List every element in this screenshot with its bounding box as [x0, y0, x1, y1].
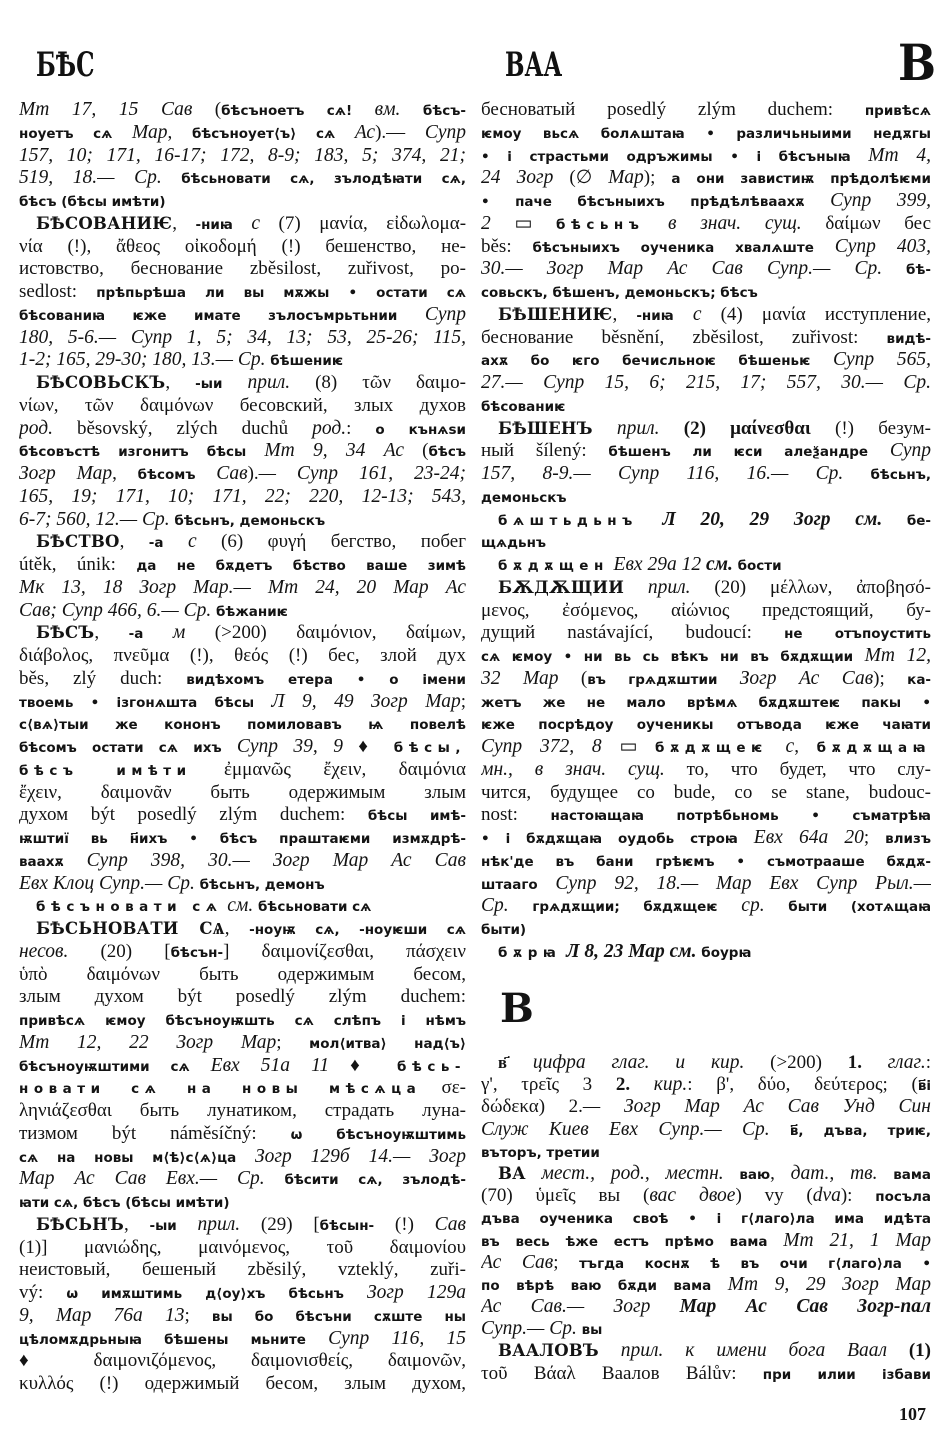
siglum-text: 30.— Зогр Мар Ас Сав Супр.— Ср. [481, 258, 882, 279]
ocs-text: бѣсьнъ, демонъ [200, 877, 325, 893]
ocs-text: бѣсьновати сѧ, зълодѣꙗти сѧ, [181, 171, 466, 187]
gloss-text: (∅ [553, 167, 608, 188]
dictionary-line: въторъ, третии [481, 1141, 931, 1163]
ocs-spaced-text: бѧштьдьнъ [498, 513, 638, 529]
gloss-text: ); [873, 668, 907, 689]
dictionary-line: по вѣрѣ ваю бѫди вама Мт 9, 29 Зогр Мар [481, 1274, 931, 1296]
gloss-text [878, 1163, 894, 1184]
dictionary-line: БѢСОВАНИѤ, -ниꙗ с (7) μανία, εἰδωλομα- [19, 213, 466, 236]
dictionary-line: сѧ на новы м⟨ѣ⟩с⟨ѧ⟩ца Зогр 129б 14.— Зог… [19, 1146, 466, 1169]
siglum-text: Зогр 129а [367, 1282, 466, 1303]
page-number: 107 [876, 1404, 926, 1424]
ocs-text: видѣ- [887, 331, 931, 347]
gloss-text [593, 418, 617, 439]
dictionary-line: • паче бѣсъныихъ прѣдѣлѣваахѫ Супр 399, [481, 190, 931, 213]
siglum-text: кир. [654, 1074, 688, 1095]
dictionary-line: нѣк'де въ бани грѣѥмъ • съмотрааше бѫдѫ- [481, 850, 931, 873]
dictionary-line: ♦ δαιμονιζόμενος, δαιμονισθείς, δαιμονῶν… [19, 1350, 466, 1373]
ocs-spaced-text: бѫдѫщен [498, 558, 609, 574]
siglum-text: с [786, 736, 795, 757]
siglum-text: — Супр 161, 23-24; [259, 463, 466, 484]
gloss-text: ; [185, 1305, 212, 1326]
gloss-text: , [770, 1163, 790, 1184]
dictionary-line: ꙗти сѧ, бѣсъ (бѣсы имѣти) [19, 1191, 466, 1214]
siglum-text: прил. [247, 372, 290, 393]
ocs-text: ꙗти сѧ, бѣсъ (бѣсы имѣти) [19, 1195, 230, 1211]
dictionary-line: τοῦ Βάαλ Ваалов Bálův: при илии ізбави [481, 1363, 931, 1385]
dictionary-line: vý: ѡ имѫштимь д⟨оу⟩хъ бѣсьнъ Зогр 129а [19, 1282, 466, 1305]
gloss-text: (!) [374, 1214, 435, 1235]
ocs-text: быти) [481, 922, 526, 938]
gloss-text: διάβολος, πνεῦμα (!), θεός (!) бес, злой… [19, 645, 466, 666]
gloss-text: ный šílený: [481, 440, 608, 461]
gloss-text: σε- [421, 1077, 466, 1098]
ocs-spaced-text: новати сѧ на новы мѣсѧца [19, 1081, 421, 1097]
gloss-text: , [168, 122, 192, 143]
dictionary-line: бѣсомъ остати сѧ ихъ Супр 39, 9 ♦ бѣсы, [19, 736, 466, 759]
dictionary-line: Мар Ас Сав Евх.— Ср. бѣсити сѧ, зълодѣ- [19, 1168, 466, 1191]
ocs-text: боурꙗ [701, 945, 751, 961]
dictionary-line: бѫрꙗ Л 8, 23 Мар см. боурꙗ [481, 941, 931, 964]
ocs-text: бѣсьновати сѧ [258, 899, 371, 915]
siglum-text: 157, 10; 171, 16-17; 172, 8-9; 183, 5; 3… [19, 145, 466, 166]
gloss-text: ] δαιμονίζεσθαι, πάσχειν [223, 941, 466, 962]
siglum-text: род. [312, 418, 346, 439]
dictionary-line: беснование běsnění, zběsilost, zuřivost:… [481, 327, 931, 350]
ocs-text: въ весь ѣже естъ прѣмо вама [481, 1234, 783, 1250]
dictionary-line: • і страстьми одръжимы • і бѣсъныꙗ Мт 4, [481, 145, 931, 168]
gloss-text: , [124, 1214, 150, 1235]
gloss-text: ♦ [343, 736, 394, 757]
gloss-text: ; [864, 827, 885, 848]
dictionary-line: неистовый, бешеный zběsilý, vzteklý, zuř… [19, 1259, 466, 1282]
ocs-text: да не бѫдетъ бѣство ваше зимѣ [136, 558, 466, 574]
gloss-text: ( [558, 668, 587, 689]
dictionary-line: БѢШЕНЪ прил. (2) μαίνεσθαι (!) безум- [481, 418, 931, 441]
right-column-section-v: в҃ цифра глаг. и кир. (>200) 1. глаг.:γ'… [481, 1052, 931, 1385]
dictionary-line: μενος, ἐσόμενος, αἰώνιος предстоящий, бу… [481, 600, 931, 623]
dictionary-line: ный šílený: бѣшенъ ли ѥси алеѯандре Супр [481, 440, 931, 463]
dictionary-line: бѣсъ имѣти ἐμμανῶς ἔχειν, δαιμόνια [19, 759, 466, 782]
ocs-text: бѣсованиѥ [481, 399, 565, 415]
ocs-text: бости [738, 558, 782, 574]
siglum-text: Супр 403, [835, 236, 931, 257]
dictionary-line: 519, 18.— Ср. бѣсьновати сѧ, зълодѣꙗти с… [19, 167, 466, 190]
gloss-text: (20) μέλλων, ἀποβησό- [691, 577, 931, 598]
gloss-text: ; [461, 691, 466, 712]
dictionary-line: БѪДѪЩИИ прил. (20) μέλλων, ἀποβησό- [481, 577, 931, 600]
dictionary-line: бѣсовъстѣ изгонитъ бѣсы Мт 9, 34 Ас (бѣс… [19, 440, 466, 463]
gloss-text: ♦ [329, 1055, 397, 1076]
ocs-text: демоньскъ [481, 490, 567, 506]
gloss-text: běsovský, zlých duchů [53, 418, 312, 439]
gloss-text [765, 895, 789, 916]
headword: БѢСТВО [36, 532, 120, 551]
ocs-text: вы бо бѣсъни сѫште ны [212, 1309, 466, 1325]
siglum-text: мест., род., местн. [541, 1163, 723, 1184]
siglum-text: Евх 51а 11 [211, 1055, 330, 1076]
ocs-text: твоемь • ізгонѧшта бѣсы [19, 695, 271, 711]
gloss-text [233, 213, 252, 234]
right-column: бесноватый posedlý zlým duchem: привѣсѧѥ… [481, 99, 931, 964]
gloss-text [507, 1052, 533, 1073]
dictionary-line: несов. (20) [бѣсън-] δαιμονίζεσθαι, πάσχ… [19, 941, 466, 964]
siglum-text: Супр 92, 18.— Мар Евх Супр Рыл.— [555, 873, 931, 894]
gloss-text: νία (!), ἄθεος οἰκοδομή (!) бешенство, н… [19, 236, 466, 257]
dictionary-line: sedlost: прѣпьрѣша ли вы мѫжы • остати с… [19, 281, 466, 304]
ocs-text: ѡ имѫштимь д⟨оу⟩хъ бѣсьнъ [66, 1286, 367, 1302]
dictionary-line: ахѫ бо ѥго бечисльноѥ бѣшеньѥ Супр 565, [481, 349, 931, 372]
siglum-text: Супр 565, [833, 349, 931, 370]
ocs-text: -ыи [195, 376, 222, 392]
dictionary-line: совьскъ, бѣшенъ, демоньскъ; бѣсъ [481, 281, 931, 304]
gloss-text: , [120, 531, 149, 552]
siglum-text: Мт 12, 22 Зогр Мар [19, 1032, 276, 1053]
siglum-text: 24 Зогр [481, 167, 553, 188]
ocs-text: -ниꙗ [636, 308, 673, 324]
headword: БѢСОВАНИѤ [36, 214, 172, 233]
gloss-text: , [794, 736, 816, 757]
dictionary-line: ВА мест., род., местн. ваю, дат., тв. ва… [481, 1163, 931, 1185]
ocs-text: щѧдьнъ [481, 535, 546, 551]
siglum-text: Супр.— Ср. [481, 1318, 577, 1339]
headword: в҃ [498, 1053, 507, 1072]
bold-text: 2. [616, 1074, 630, 1095]
bold-siglum-text: Мар Ас Сав Зогр-пал [680, 1296, 931, 1317]
siglum-text: Супр [425, 304, 466, 325]
bold-siglum-text: Л 20, 29 Зогр см. [662, 509, 882, 530]
bold-siglum-text: см. [706, 554, 733, 575]
dictionary-line: в҃ цифра глаг. и кир. (>200) 1. глаг.: [481, 1052, 931, 1074]
dictionary-line: ѭштиї вь н҃ихъ • бѣсъ праштаѥми измѫдрѣ- [19, 827, 466, 850]
siglum-text: Супр 372, 8 [481, 736, 602, 757]
ocs-text: прѣпьрѣша ли вы мѫжы • остати сѧ [96, 285, 466, 301]
siglum-text: 519, 18.— Ср. [19, 167, 162, 188]
ocs-text: бѣсъноует⟨ъ⟩ сѧ [192, 126, 355, 142]
dictionary-line: 165, 19; 171, 10; 171, 22; 220, 12-13; 5… [19, 486, 466, 509]
gloss-text: , [612, 304, 636, 325]
gloss-text: ; [553, 1252, 579, 1273]
siglum-text: прил. [648, 577, 691, 598]
ocs-text: бѣсованиꙗ ѥже имате зълосъмрьтьнии [19, 308, 425, 324]
dictionary-line: 1-2; 165, 29-30; 180, 13.— Ср. бѣшениѥ [19, 349, 466, 372]
dictionary-line: ὑπὸ δαιμόνων быть одержимым бесом, [19, 964, 466, 987]
ocs-text: бѣсомъ [138, 467, 217, 483]
gloss-text: тизмом být náměsíčný: [19, 1123, 291, 1144]
ocs-text: настоꙗщаꙗ потрѣбьномь • съматрѣꙗ [551, 808, 931, 824]
ocs-text: бѣсъноетъ сѧ! [221, 103, 352, 119]
dictionary-line: бѣсованиꙗ ѥже имате зълосъмрьтьнии Супр [19, 304, 466, 327]
dictionary-line: běs, zlý duch: видѣхомъ етера • о імени [19, 668, 466, 691]
gloss-text: ἔχειν, δαιμονᾶν быть одержимым злым [19, 782, 466, 803]
gloss-text [177, 1214, 198, 1235]
ocs-text: -ноуѭ сѧ, -ноуѥши сѧ [249, 922, 466, 938]
siglum-text: Ас Сав.— Зогр [481, 1296, 680, 1317]
left-column: Мт 17, 15 Сав (бѣсъноетъ сѧ! вм. бѣсъ-но… [19, 99, 466, 1396]
gloss-text: ( [192, 99, 221, 120]
siglum-text: 9, Мар 76а 13 [19, 1305, 185, 1326]
gloss-text: δώδεκα) 2. [481, 1096, 583, 1117]
ocs-text: бѣсовъстѣ изгонитъ бѣсы [19, 444, 264, 460]
ocs-text: по вѣрѣ ваю бѫди вама [481, 1278, 728, 1294]
siglum-text: Мар Ас Сав Евх.— Ср. [19, 1168, 265, 1189]
ocs-text: бѣсъныихъ оученика хвалѧште [533, 240, 835, 256]
dictionary-line: Супр 372, 8 ▭ бѫдѫщеѥ с, бѫдѫщаꙗ [481, 736, 931, 759]
siglum-text: Евх 64а 20 [754, 827, 864, 848]
dictionary-line: Супр.— Ср. вы [481, 1318, 931, 1340]
gloss-text: νίων, τῶν δαιμόνων бесовский, злых духов [19, 395, 466, 416]
siglum-text: с [251, 213, 260, 234]
siglum-text: вм. [375, 99, 401, 120]
siglum-text: дат., тв. [791, 1163, 878, 1184]
ocs-text: совьскъ, бѣшенъ, демоньскъ; бѣсъ [481, 285, 758, 301]
siglum-text: Служ Киев Евх Супр.— Ср. [481, 1119, 770, 1140]
gloss-text [222, 372, 247, 393]
dictionary-line: БѢШЕНИѤ, -ниꙗ с (4) μανία исступление, [481, 304, 931, 327]
bold-text: (2) μαίνεσθαι [660, 418, 811, 439]
gloss-text: vý: [19, 1282, 66, 1303]
running-head-section-letter: В [898, 38, 936, 88]
dictionary-line: БѢСЬНОВАТИ СѦ, -ноуѭ сѧ, -ноуѥши сѧ [19, 918, 466, 941]
gloss-text: γ', τρεῖς 3 [481, 1074, 616, 1095]
ocs-text: в҃, дъва, триѥ, [790, 1123, 931, 1139]
gloss-text: (>200) δαιμόνιον, δαίμων, [185, 622, 466, 643]
gloss-text [162, 167, 182, 188]
siglum-text: 1-2; 165, 29-30; 180, 13.— Ср. [19, 349, 265, 370]
dictionary-line: 180, 5-6.— Супр 1, 5; 34, 13; 53, 25-26;… [19, 327, 466, 350]
dictionary-line: род. běsovský, zlých duchů род.: о кънѧѕ… [19, 418, 466, 441]
siglum-text: Зогр Мар [19, 463, 112, 484]
ocs-text: бѣсън- [171, 945, 223, 961]
gloss-text [638, 509, 663, 530]
gloss-text: ). [248, 463, 259, 484]
dictionary-line: ἔχειν, δαιμονᾶν быть одержимым злым [19, 782, 466, 805]
ocs-text: -а [129, 626, 144, 642]
ocs-text: бе- [907, 513, 931, 529]
dictionary-line: злым духом být posedlý zlým duchem: [19, 986, 466, 1009]
gloss-text [674, 304, 693, 325]
ocs-text: привѣсѧ ѥмоу бѣсъноуѭшть сѧ слѣпъ і нѣмъ [19, 1013, 466, 1029]
ocs-text: ноуетъ сѧ [19, 126, 132, 142]
gloss-text: (70) ὑμεῖς вы ( [481, 1185, 649, 1206]
siglum-text: Супр 116, 15 [328, 1328, 466, 1349]
ocs-text: видѣхомъ етера • о імени [186, 672, 466, 688]
siglum-text: Супр 398, 30.— Зогр Мар Ас Сав [87, 850, 466, 871]
ocs-text: при илии ізбави [763, 1367, 931, 1383]
headword: БѢСЪ [36, 623, 94, 642]
siglum-text: Зогр Ас Сав [740, 668, 873, 689]
dictionary-line: щѧдьнъ [481, 531, 931, 554]
ocs-text: бѣсьнъ, [871, 467, 932, 483]
siglum-text: Сав [435, 1214, 466, 1235]
dictionary-line: 2 ▭ бѣсьнъ в знач. сущ. δαίμων бес [481, 213, 931, 236]
dictionary-line: штааго Супр 92, 18.— Мар Евх Супр Рыл.— [481, 873, 931, 896]
gloss-text: ( [404, 440, 429, 461]
ocs-text: ахѫ бо ѥго бечисльноѥ бѣшеньѥ [481, 353, 833, 369]
dictionary-line: útěk, únik: да не бѫдетъ бѣство ваше зим… [19, 554, 466, 577]
siglum-text: ср. [741, 895, 764, 916]
gloss-text [265, 1168, 285, 1189]
ocs-text: жетъ же не мало врѣмѧ бѫдѫштеѥ пакы • [481, 695, 931, 711]
ocs-text: бѣшенъ ли ѥси алеѯандре [608, 444, 889, 460]
siglum-text: Евх Клоц Супр.— Ср. [19, 873, 195, 894]
ocs-text: -а [149, 535, 164, 551]
ocs-spaced-text: бѣсьнъ [556, 217, 644, 233]
dictionary-line: κυλλός (!) одержимый бесом, злым духом, [19, 1373, 466, 1396]
ocs-text: сѧ ѥмоу • ни вь сь вѣкъ ни въ бѫдѫщии [481, 649, 865, 665]
ocs-text: с⟨вѧ⟩тыи же кононъ помиловавъ ѩ повелѣ [19, 717, 466, 733]
gloss-text: τοῦ Βάαλ Ваалов Bálův: [481, 1363, 763, 1384]
ocs-text: посъла [875, 1189, 931, 1205]
ocs-text: бѣсы имѣ- [368, 808, 466, 824]
gloss-text: духом být posedlý zlým duchem: [19, 804, 368, 825]
gloss-text: , [112, 463, 138, 484]
ocs-text: • і страстьми одръжимы • і бѣсъныꙗ [481, 149, 868, 165]
gloss-text: ; [276, 1032, 309, 1053]
dictionary-line: бѣсъноуѭштими сѧ Евх 51а 11 ♦ бѣсь- [19, 1055, 466, 1078]
headword: ВА [498, 1164, 526, 1183]
gloss-text: чится, будущее co bude, co se stane, bud… [481, 782, 931, 803]
siglum-text: прил. [617, 418, 660, 439]
dictionary-line: бѧштьдьнъ Л 20, 29 Зогр см. бе- [481, 509, 931, 532]
gloss-text: (1)] μανιώδης, μαινόμενος, τοῦ δαιμονίου [19, 1237, 466, 1258]
dictionary-line: Мт 17, 15 Сав (бѣсъноетъ сѧ! вм. бѣсъ- [19, 99, 466, 122]
gloss-text [644, 213, 668, 234]
dictionary-line: бѣсъ (бѣсы имѣти) [19, 190, 466, 213]
gloss-text: то, что будет, что слу- [665, 759, 931, 780]
dictionary-line: ѥмоу вьсѧ болѧштаꙗ • различьныими недѫгы [481, 122, 931, 145]
dictionary-line: въ весь ѣже естъ прѣмо вама Мт 21, 1 Мар [481, 1230, 931, 1252]
siglum-text: 2 [481, 213, 491, 234]
ocs-spaced-text: бѫрꙗ [498, 945, 561, 961]
headword: БѢШЕНИѤ [498, 305, 612, 324]
gloss-text: ): [841, 1185, 875, 1206]
siglum-text: 6-7; 560, 12.— Ср. [19, 509, 170, 530]
gloss-text [599, 1340, 621, 1361]
siglum-text: глаг. [888, 1052, 926, 1073]
dictionary-line: 27.— Супр 15, 6; 215, 17; 557, 30.— Ср. [481, 372, 931, 395]
headword: БѢСОВЬСКЪ [36, 373, 165, 392]
ocs-spaced-text: бѣсы, [394, 740, 466, 756]
dictionary-line: привѣсѧ ѥмоу бѣсъноуѭшть сѧ слѣпъ і нѣмъ [19, 1009, 466, 1032]
dictionary-line: БѢСЬНЪ, -ыи прил. (29) [бѣсын- (!) Сав [19, 1214, 466, 1237]
siglum-text: Л 9, 49 Зогр Мар [271, 691, 460, 712]
ocs-text: вы [582, 1322, 603, 1338]
gloss-text: κυλλός (!) одержимый бесом, злым духом, [19, 1373, 466, 1394]
headword: БѢСЬНОВАТИ СѦ [36, 919, 225, 938]
gloss-text [843, 463, 870, 484]
dictionary-line: бѣсованиѥ [481, 395, 931, 418]
siglum-text: Ас [355, 122, 375, 143]
dictionary-line: nost: настоꙗщаꙗ потрѣбьномь • съматрѣꙗ [481, 804, 931, 827]
gloss-text: истовство, беснование zběsilost, zuřivos… [19, 258, 466, 279]
gloss-text [724, 1163, 740, 1184]
ocs-text: ѥже посрѣдоу оученикы отъвода ѥже чаꙗти [481, 717, 931, 733]
dictionary-line: γ', τρεῖς 3 2. кир.: β', δύο, δεύτερος; … [481, 1074, 931, 1096]
siglum-text: Сав; Супр 466, 6.— Ср. [19, 600, 211, 621]
siglum-text: род. [19, 418, 53, 439]
dictionary-line: νίων, τῶν δαιμόνων бесовский, злых духов [19, 395, 466, 418]
dictionary-line: ληνιάζεσθαι быть лунатиком, страдать лун… [19, 1100, 466, 1123]
ocs-text: ваю [739, 1167, 770, 1183]
siglum-text: Мт 9, 34 Ас [264, 440, 404, 461]
dictionary-line: чится, будущее co bude, co se stane, bud… [481, 782, 931, 805]
dictionary-line: дъва оученика своѣ • і г⟨лаго⟩ла има идѣ… [481, 1207, 931, 1229]
gloss-text: злым духом být posedlý zlým duchem: [19, 986, 466, 1007]
dictionary-line: бесноватый posedlý zlým duchem: привѣсѧ [481, 99, 931, 122]
ocs-text: ѥмоу вьсѧ болѧштаꙗ • различьныими недѫгы [481, 126, 931, 142]
ocs-text: • і бѫдѫщаꙗ оудобь строꙗ [481, 831, 754, 847]
gloss-text: ἐμμανῶς ἔχειν, δαιμόνια [192, 759, 466, 780]
dictionary-line: новати сѧ на новы мѣсѧца σε- [19, 1077, 466, 1100]
ocs-text: ваахѫ [19, 854, 87, 870]
gloss-text: (>200) [744, 1052, 847, 1073]
headword: БѢШЕНЪ [498, 419, 593, 438]
gloss-text: : β', δύο, δεύτερος; ( [687, 1074, 918, 1095]
gloss-text: (!) безум- [811, 418, 931, 439]
dictionary-line: νία (!), ἄθεος οἰκοδομή (!) бешенство, н… [19, 236, 466, 259]
gloss-text [630, 1074, 654, 1095]
ocs-text: о кънѧѕи [375, 422, 466, 438]
dictionary-line: Ас Сав; тъгда коснѫ ѣ въ очи г⟨лаго⟩ла • [481, 1252, 931, 1274]
dictionary-line: бѫдѫщен Евх 29а 12 см. бости [481, 554, 931, 577]
siglum-text: Зогр 129б 14.— Зогр [255, 1146, 466, 1167]
gloss-text: ♦ δαιμονιζόμενος, δαιμονισθείς, δαιμονῶν… [19, 1350, 466, 1371]
ocs-spaced-text: бѣсъ имѣти [19, 763, 192, 779]
ocs-text: -ыи [149, 1218, 176, 1234]
dictionary-line: ноуетъ сѧ Мар, бѣсъноует⟨ъ⟩ сѧ Ас).— Суп… [19, 122, 466, 145]
ocs-text: въ грѧдѫштии [587, 672, 740, 688]
gloss-text: sedlost: [19, 281, 96, 302]
dictionary-line: тизмом být náměsíčný: ѡ бѣсъноуѭштимь [19, 1123, 466, 1146]
ocs-text: бѣсъ [428, 444, 466, 460]
ocs-text: привѣсѧ [865, 103, 931, 119]
siglum-text: Мт 4, [868, 145, 931, 166]
gloss-text: (29) [ [240, 1214, 320, 1235]
dictionary-line: ѥже посрѣдоу оученикы отъвода ѥже чаꙗти [481, 713, 931, 736]
gloss-text [862, 1052, 888, 1073]
gloss-text: (20) [ [68, 941, 170, 962]
gloss-text: беснование běsnění, zběsilost, zuřivost: [481, 327, 887, 348]
ocs-text: нѣк'де въ бани грѣѥмъ • съмотрааше бѫдѫ- [481, 854, 931, 870]
ocs-text: бѣсын- [320, 1218, 375, 1234]
gloss-text [352, 99, 374, 120]
dictionary-line: 6-7; 560, 12.— Ср. бѣсьнъ, демоньскъ [19, 509, 466, 532]
dictionary-line: • і бѫдѫщаꙗ оудобь строꙗ Евх 64а 20; вли… [481, 827, 931, 850]
dictionary-line: Ас Сав.— Зогр Мар Ас Сав Зогр-пал [481, 1296, 931, 1318]
dictionary-line: (1)] μανιώδης, μαινόμενος, τοῦ δαιμονίου [19, 1237, 466, 1260]
dictionary-line: διάβολος, πνεῦμα (!), θεός (!) бес, злой… [19, 645, 466, 668]
ocs-text: в҃і [918, 1078, 931, 1094]
ocs-text: влизъ [885, 831, 931, 847]
dictionary-line: духом být posedlý zlým duchem: бѣсы имѣ- [19, 804, 466, 827]
siglum-text: Мк 13, 18 Зогр Мар.— Мт 24, 20 Мар Ас [19, 577, 466, 598]
gloss-text: ▭ [491, 213, 556, 234]
siglum-text: Мар [608, 167, 643, 188]
ocs-text: бѣсьнъ, демоньскъ [174, 513, 325, 529]
dictionary-line: Мт 12, 22 Зогр Мар; мол⟨итва⟩ над⟨ъ⟩ [19, 1032, 466, 1055]
siglum-text: Сав [216, 463, 247, 484]
dictionary-line: Евх Клоц Супр.— Ср. бѣсьнъ, демонъ [19, 873, 466, 896]
ocs-text: не отъпоустить [784, 626, 931, 642]
bold-siglum-text: Л 8, 23 Мар см. [566, 941, 696, 962]
siglum-text: см. [227, 895, 253, 916]
dictionary-line: Служ Киев Евх Супр.— Ср. в҃, дъва, триѥ, [481, 1119, 931, 1141]
dictionary-line: 30.— Зогр Мар Ас Сав Супр.— Ср. бѣ- [481, 258, 931, 281]
dictionary-line: с⟨вѧ⟩тыи же кононъ помиловавъ ѩ повелѣ [19, 713, 466, 736]
gloss-text: útěk, únik: [19, 554, 136, 575]
ocs-text: бѣсъ- [423, 103, 466, 119]
